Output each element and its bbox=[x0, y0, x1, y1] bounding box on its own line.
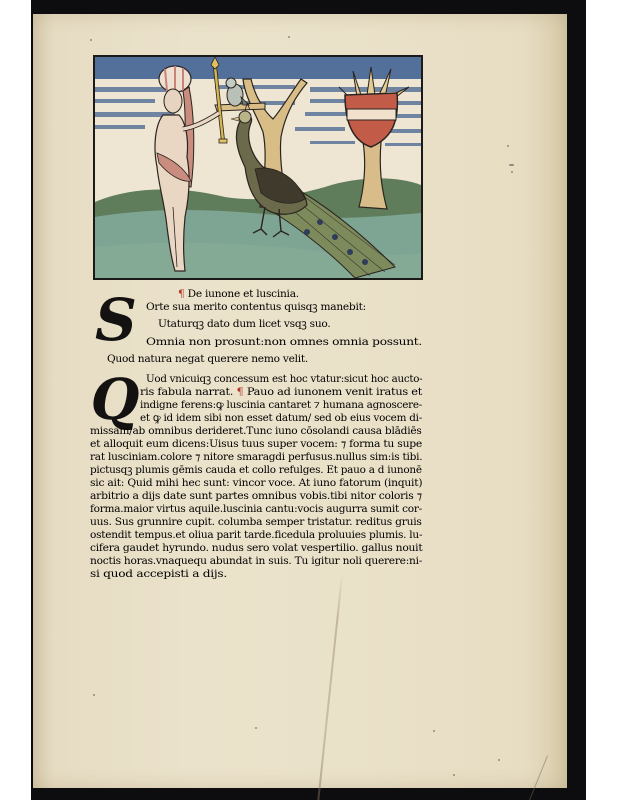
woodcut-illustration bbox=[93, 55, 423, 280]
prose-line-14: cifera gaudet hyrundo. nudus sero volat … bbox=[90, 542, 422, 555]
fable-title: ¶ De iunone et luscinia. bbox=[178, 288, 299, 301]
prose-line-10: arbitrio a dijs date sunt partes omnibus… bbox=[90, 490, 422, 503]
prose-line-9: sic ait: Quid mihi hec sunt: vincor voce… bbox=[90, 477, 422, 490]
title-text: De iunone et luscinia. bbox=[188, 288, 299, 300]
verse-line-1: Orte sua merito contentus quisqꝫ manebit… bbox=[146, 301, 366, 314]
verse-line-3: Omnia non prosunt:non omnes omnia possun… bbox=[146, 336, 422, 349]
prose-line-12: uus. Sus grunnire cupit. columba semper … bbox=[90, 516, 422, 529]
prose-line-13: ostendit tempus.et oliua parit tarde.fic… bbox=[90, 529, 422, 542]
prose-line-8: pictusqꝫ plumis gēmis cauda et collo ref… bbox=[90, 464, 422, 477]
prose-line-7: rat lusciniam.colore ⁊ nitore smaragdi p… bbox=[90, 451, 422, 464]
prose-line-6: et alloquit eum dicens:Uisus tuus super … bbox=[90, 438, 422, 451]
prose-drop-initial: Q bbox=[88, 372, 142, 428]
prose-line-2: ris fabula narrat. ¶ Pauo ad iunonem ven… bbox=[140, 386, 422, 399]
prose-line-1: Uod vnicuiqꝫ concessum est hoc vtatur:si… bbox=[146, 373, 422, 386]
verse-line-4: Quod natura negat querere nemo velit. bbox=[107, 353, 308, 366]
verse-line-2: Utaturqꝫ dato dum licet vsqꝫ suo. bbox=[158, 318, 330, 331]
prose-line-5: missam/ab omnibus derideret.Tunc iuno cō… bbox=[90, 425, 422, 438]
prose-line-11: forma.maior virtus aquile.luscinia cantu… bbox=[90, 503, 422, 516]
prose-line-4: et ꝙ id idem sibi non esset datum/ sed o… bbox=[140, 412, 422, 425]
page-crease bbox=[317, 574, 343, 800]
pilcrow-rubric: ¶ bbox=[178, 288, 185, 300]
prose-line-3: indigne ferens:ꝙ luscinia cantaret ⁊ hum… bbox=[140, 399, 422, 412]
prose-line-15: noctis horas.vnaquequ abundat in suis. T… bbox=[90, 555, 422, 568]
verse-drop-initial: S bbox=[88, 290, 144, 350]
prose-line-16: si quod accepisti a dijs. bbox=[90, 568, 227, 581]
